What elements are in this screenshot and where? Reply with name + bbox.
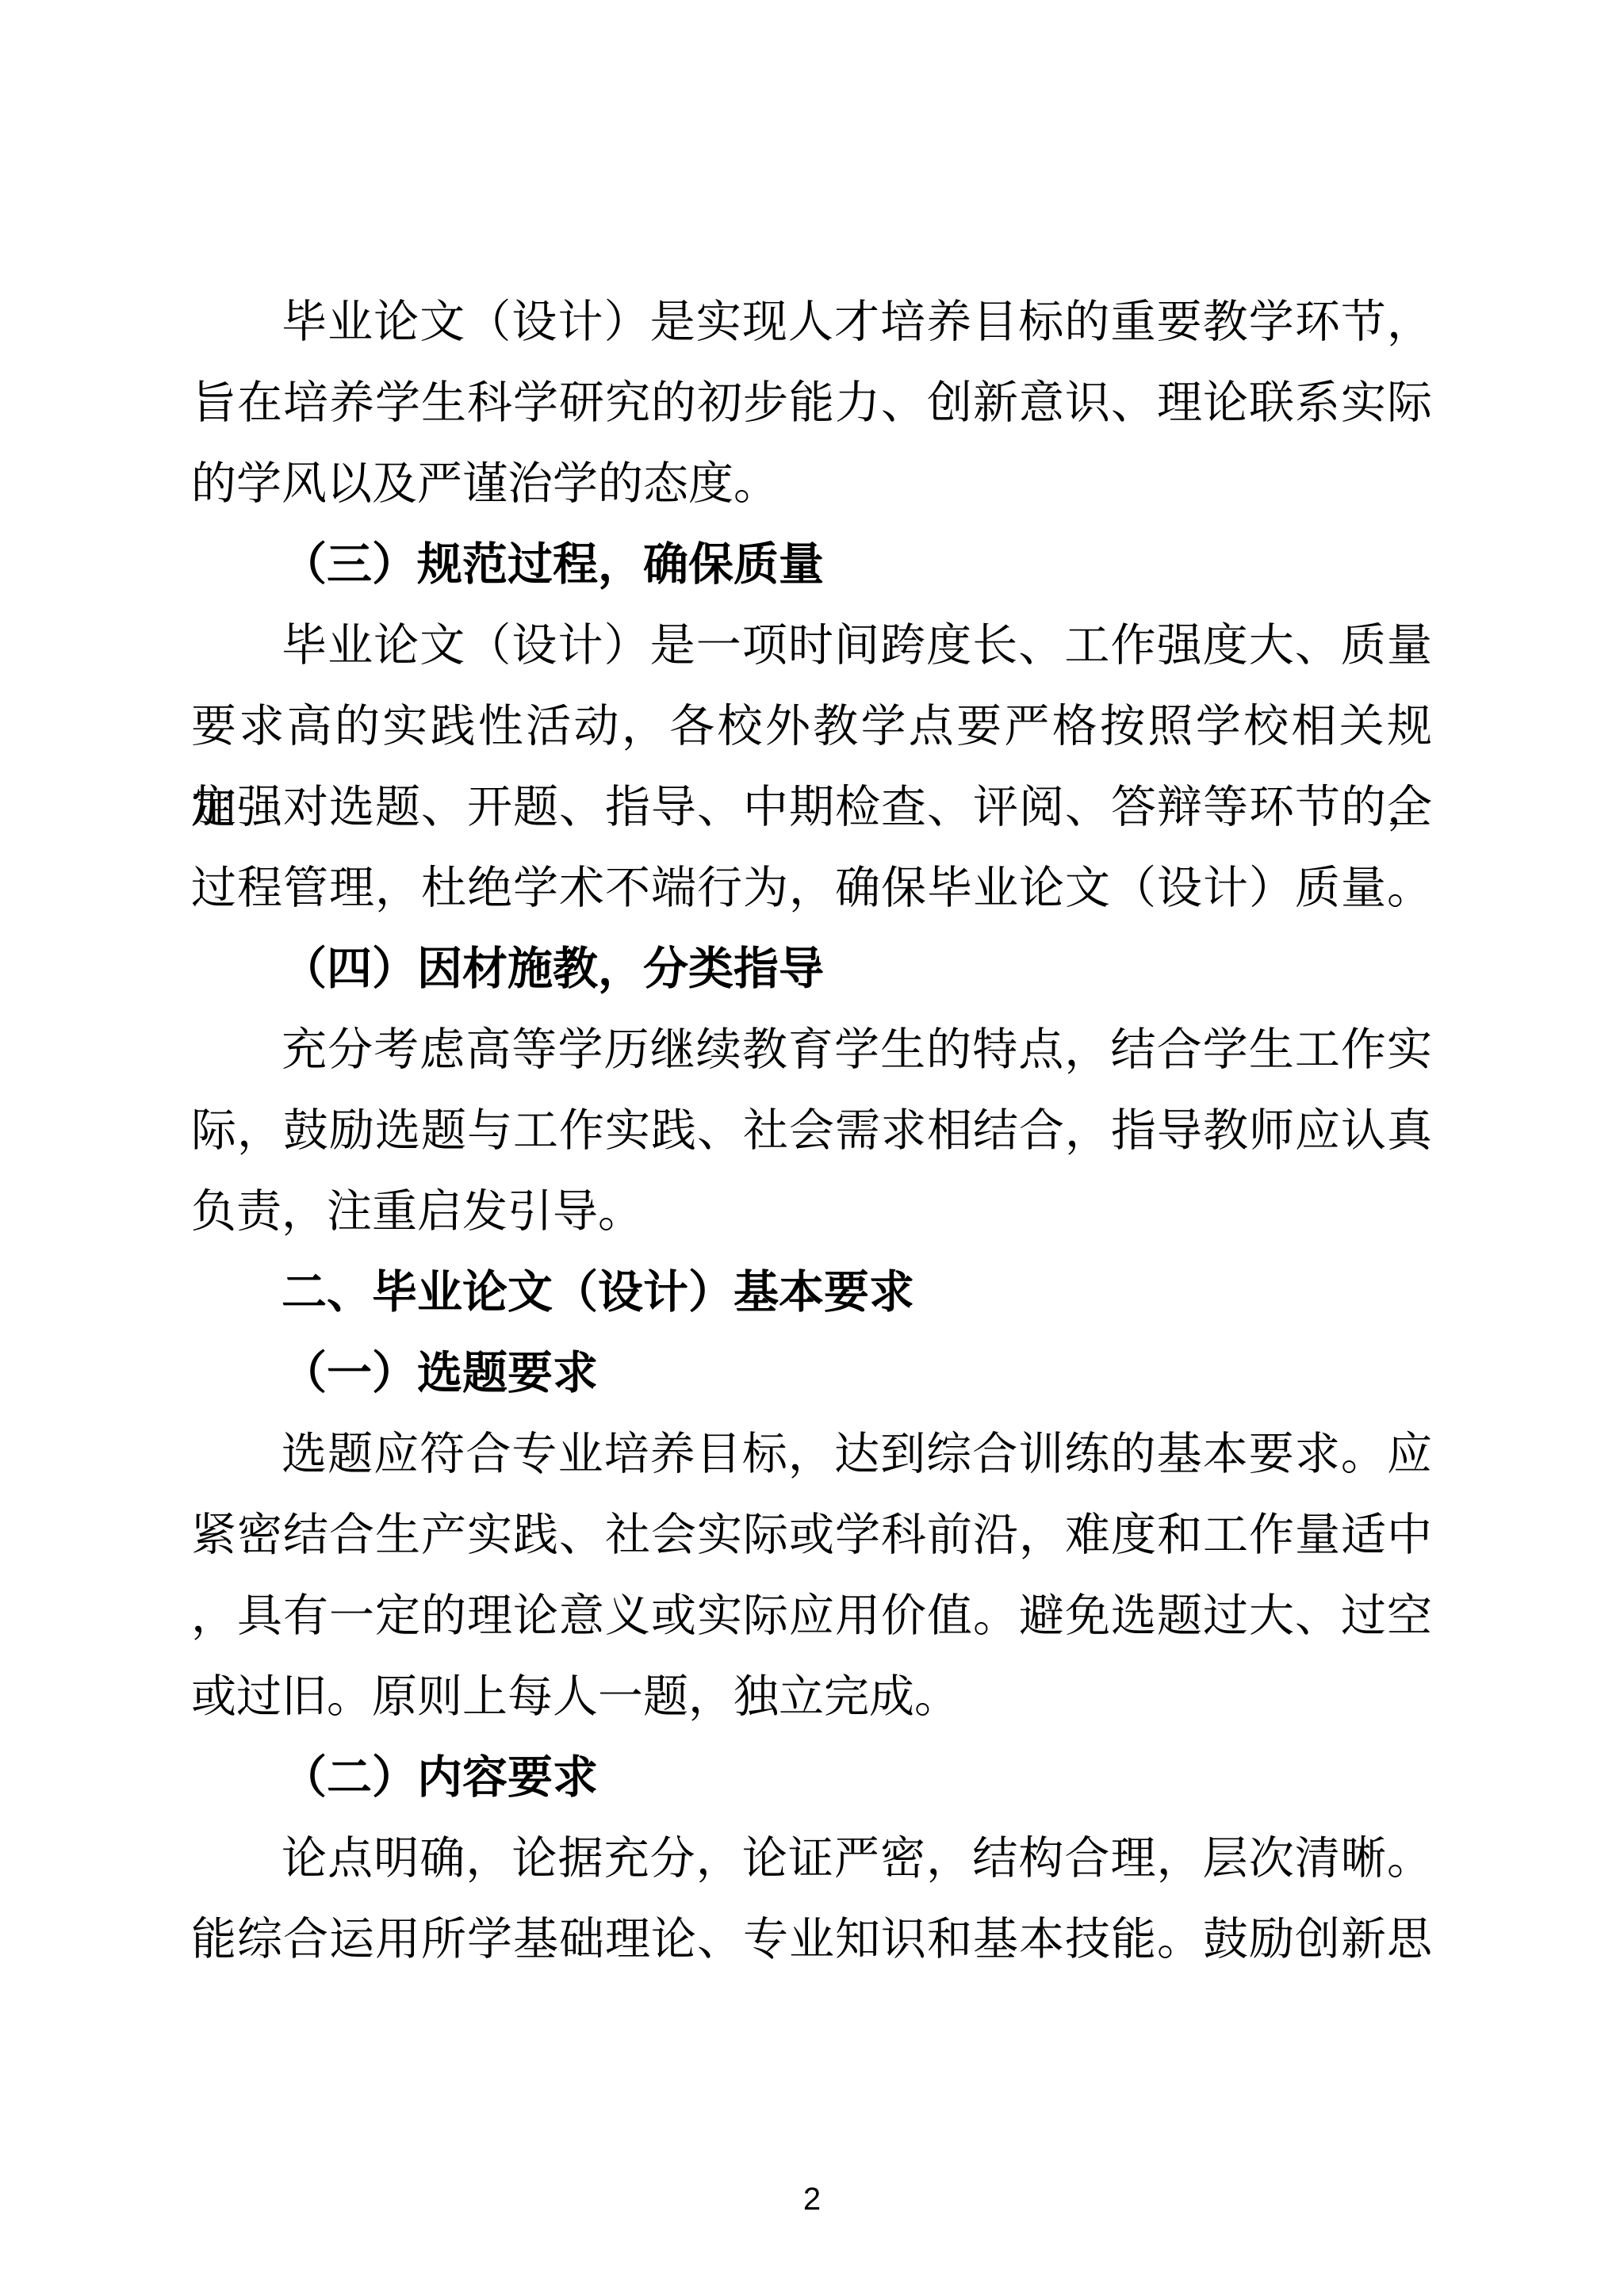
section-heading: （四）因材施教，分类指导 xyxy=(191,929,1432,1010)
paragraph-line: 或过旧。原则上每人一题，独立完成。 xyxy=(191,1657,1432,1738)
section-heading: （三）规范过程，确保质量 xyxy=(191,525,1432,606)
paragraph-line: 过程管理，杜绝学术不端行为，确保毕业论文（设计）质量。 xyxy=(191,848,1432,929)
paragraph-line: 充分考虑高等学历继续教育学生的特点，结合学生工作实 xyxy=(191,1010,1432,1091)
chapter-heading: 二、毕业论文（设计）基本要求 xyxy=(191,1253,1432,1334)
paragraph-line: ，具有一定的理论意义或实际应用价值。避免选题过大、过空 xyxy=(191,1576,1432,1657)
paragraph-line: 论点明确，论据充分，论证严密，结构合理，层次清晰。 xyxy=(191,1819,1432,1900)
paragraph-line: 负责，注重启发引导。 xyxy=(191,1172,1432,1253)
paragraph-line: 毕业论文（设计）是一项时间跨度长、工作强度大、质量 xyxy=(191,606,1432,687)
paragraph-line: 毕业论文（设计）是实现人才培养目标的重要教学环节， xyxy=(191,282,1432,363)
paragraph-line: 紧密结合生产实践、社会实际或学科前沿，难度和工作量适中 xyxy=(191,1495,1432,1576)
section-heading: （二）内容要求 xyxy=(191,1738,1432,1819)
paragraph-line: 能综合运用所学基础理论、专业知识和基本技能。鼓励创新思 xyxy=(191,1900,1432,1980)
paragraph-line: 要求高的实践性活动，各校外教学点要严格按照学校相关规定， xyxy=(191,687,1432,767)
paragraph-line: 际，鼓励选题与工作实践、社会需求相结合，指导教师应认真 xyxy=(191,1091,1432,1172)
document-page: 毕业论文（设计）是实现人才培养目标的重要教学环节， 旨在培养学生科学研究的初步能… xyxy=(0,0,1624,2296)
paragraph-line: 的学风以及严谨治学的态度。 xyxy=(191,444,1432,525)
paragraph-line: 选题应符合专业培养目标，达到综合训练的基本要求。应 xyxy=(191,1414,1432,1495)
page-number: 2 xyxy=(0,2182,1624,2217)
paragraph-line: 加强对选题、开题、指导、中期检查、评阅、答辩等环节的全 xyxy=(191,767,1432,848)
document-body: 毕业论文（设计）是实现人才培养目标的重要教学环节， 旨在培养学生科学研究的初步能… xyxy=(191,282,1432,1980)
section-heading: （一）选题要求 xyxy=(191,1334,1432,1414)
paragraph-line: 旨在培养学生科学研究的初步能力、创新意识、理论联系实际 xyxy=(191,363,1432,444)
